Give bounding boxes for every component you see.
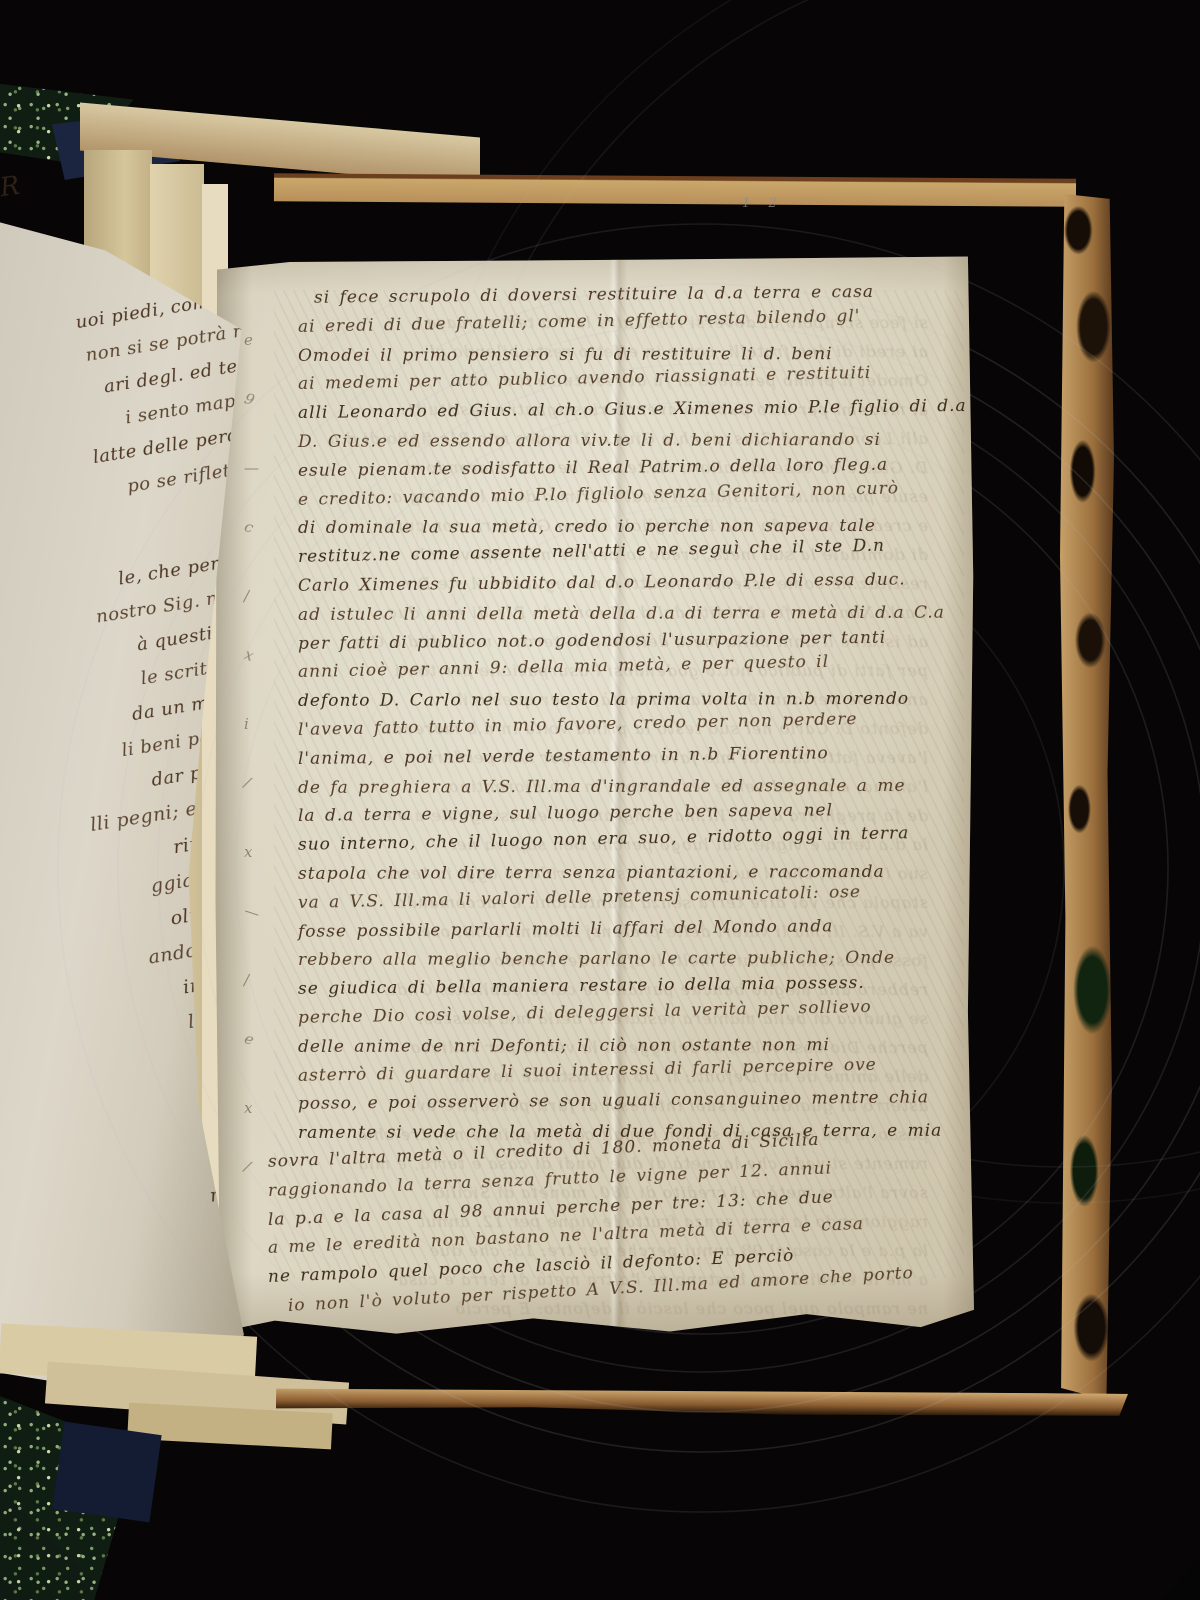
manuscript-line: l'anima, e poi nel verde testamento in n…: [298, 738, 968, 774]
manuscript-photo: R 1 2 si fece scrupolo di doversi restit…: [0, 0, 1200, 1600]
manuscript-line: posso, e poi osserverò se son uguali con…: [298, 1083, 968, 1119]
manuscript-line: alli Leonardo ed Gius. al ch.o Gius.e Xi…: [298, 392, 968, 428]
manuscript-line: Carlo Ximenes fu ubbidito dal d.o Leonar…: [298, 565, 968, 601]
manuscript-line: fosse possibile parlarli molti li affari…: [298, 911, 968, 947]
burnt-fore-edge: [1060, 194, 1114, 1400]
pencil-marks: 1 2: [742, 196, 784, 211]
manuscript-text: si fece scrupolo di doversi restituire l…: [298, 284, 968, 1321]
margin-mark: e: [244, 308, 284, 372]
margin-mark: i: [244, 692, 284, 756]
main-page: si fece scrupolo di doversi restituire l…: [214, 250, 974, 1338]
margin-mark: /: [244, 948, 284, 1012]
ink-flourish-behind: R: [0, 171, 22, 203]
margin-mark: —: [244, 436, 284, 500]
margin-mark: x: [244, 1076, 284, 1140]
margin-mark: x: [244, 820, 284, 884]
margin-mark: /: [244, 564, 284, 628]
margin-marks: e9—c/xi/x—/ex/: [244, 308, 284, 1204]
burnt-bottom-edge: [276, 1386, 1128, 1417]
binding-cloth-bottom: [52, 1422, 161, 1523]
